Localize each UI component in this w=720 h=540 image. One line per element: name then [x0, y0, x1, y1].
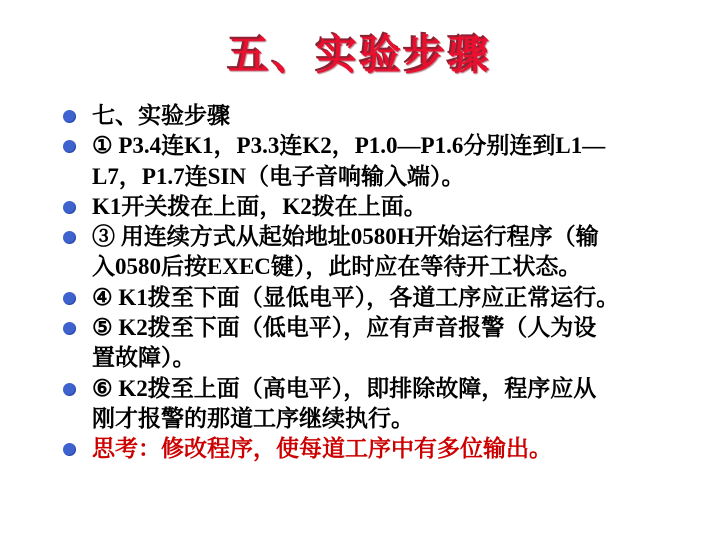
list-item: ⑤ K2拨至下面（低电平），应有声音报警（人为设 置故障）。	[63, 313, 669, 374]
bullet-icon	[63, 201, 76, 214]
bullet-icon	[63, 383, 76, 396]
bullet-icon	[63, 443, 76, 456]
list-item-text: ⑥ K2拨至上面（高电平），即排除故障，程序应从 刚才报警的那道工序继续执行。	[92, 374, 669, 435]
list-item-think: 思考：修改程序，使每道工序中有多位输出。	[63, 434, 669, 464]
list-item-text: 思考：修改程序，使每道工序中有多位输出。	[92, 434, 669, 464]
list-item-text: ① P3.4连K1，P3.3连K2，P1.0—P1.6分别连到L1— L7，P1…	[92, 131, 669, 192]
list-item-text: ④ K1拨至下面（显低电平），各道工序应正常运行。	[92, 283, 669, 313]
list-item: ③ 用连续方式从起始地址0580H开始运行程序（输 入0580后按EXEC键），…	[63, 222, 669, 283]
list-item: K1开关拨在上面，K2拨在上面。	[63, 192, 669, 222]
slide-title: 五、实验步骤	[0, 22, 720, 81]
list-item: ④ K1拨至下面（显低电平），各道工序应正常运行。	[63, 283, 669, 313]
list-item-text: K1开关拨在上面，K2拨在上面。	[92, 192, 669, 222]
presentation-slide: 五、实验步骤 七、实验步骤 ① P3.4连K1，P3.3连K2，P1.0—P1.…	[0, 0, 720, 540]
bullet-icon	[63, 292, 76, 305]
list-item: ⑥ K2拨至上面（高电平），即排除故障，程序应从 刚才报警的那道工序继续执行。	[63, 374, 669, 435]
list-item-text: 七、实验步骤	[92, 101, 669, 131]
list-item-text: ⑤ K2拨至下面（低电平），应有声音报警（人为设 置故障）。	[92, 313, 669, 374]
list-item: ① P3.4连K1，P3.3连K2，P1.0—P1.6分别连到L1— L7，P1…	[63, 131, 669, 192]
bullet-list: 七、实验步骤 ① P3.4连K1，P3.3连K2，P1.0—P1.6分别连到L1…	[63, 101, 669, 465]
list-item-text: ③ 用连续方式从起始地址0580H开始运行程序（输 入0580后按EXEC键），…	[92, 222, 669, 283]
bullet-icon	[63, 231, 76, 244]
bullet-icon	[63, 322, 76, 335]
bullet-icon	[63, 110, 76, 123]
bullet-icon	[63, 140, 76, 153]
list-item: 七、实验步骤	[63, 101, 669, 131]
